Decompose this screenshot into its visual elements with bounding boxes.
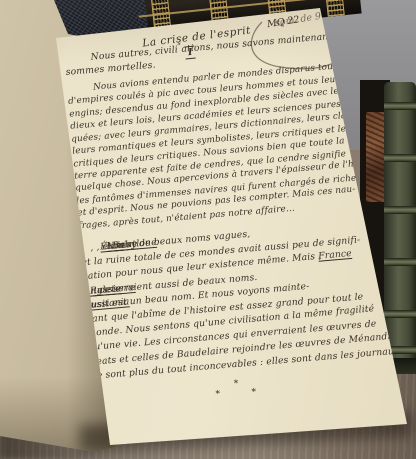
asterisk-mark: *: [234, 379, 239, 389]
green-book-spine: [384, 82, 416, 374]
asterisk-mark: *: [251, 387, 256, 397]
raised-band: [384, 154, 416, 162]
raised-band: [384, 310, 416, 318]
manuscript-paragraph: Élam, Ninive, Babylone étaient de beaux …: [80, 216, 409, 384]
asterisk-mark: *: [215, 389, 220, 399]
gilt-tooling-band: [321, 0, 345, 17]
raised-band: [384, 258, 416, 266]
raised-band: [384, 206, 416, 214]
raised-band: [384, 102, 416, 110]
photo-of-open-manuscript: La crise de l'esprit MQ 22 som. de 9 I N…: [0, 0, 416, 459]
asterism: ***: [210, 376, 272, 403]
